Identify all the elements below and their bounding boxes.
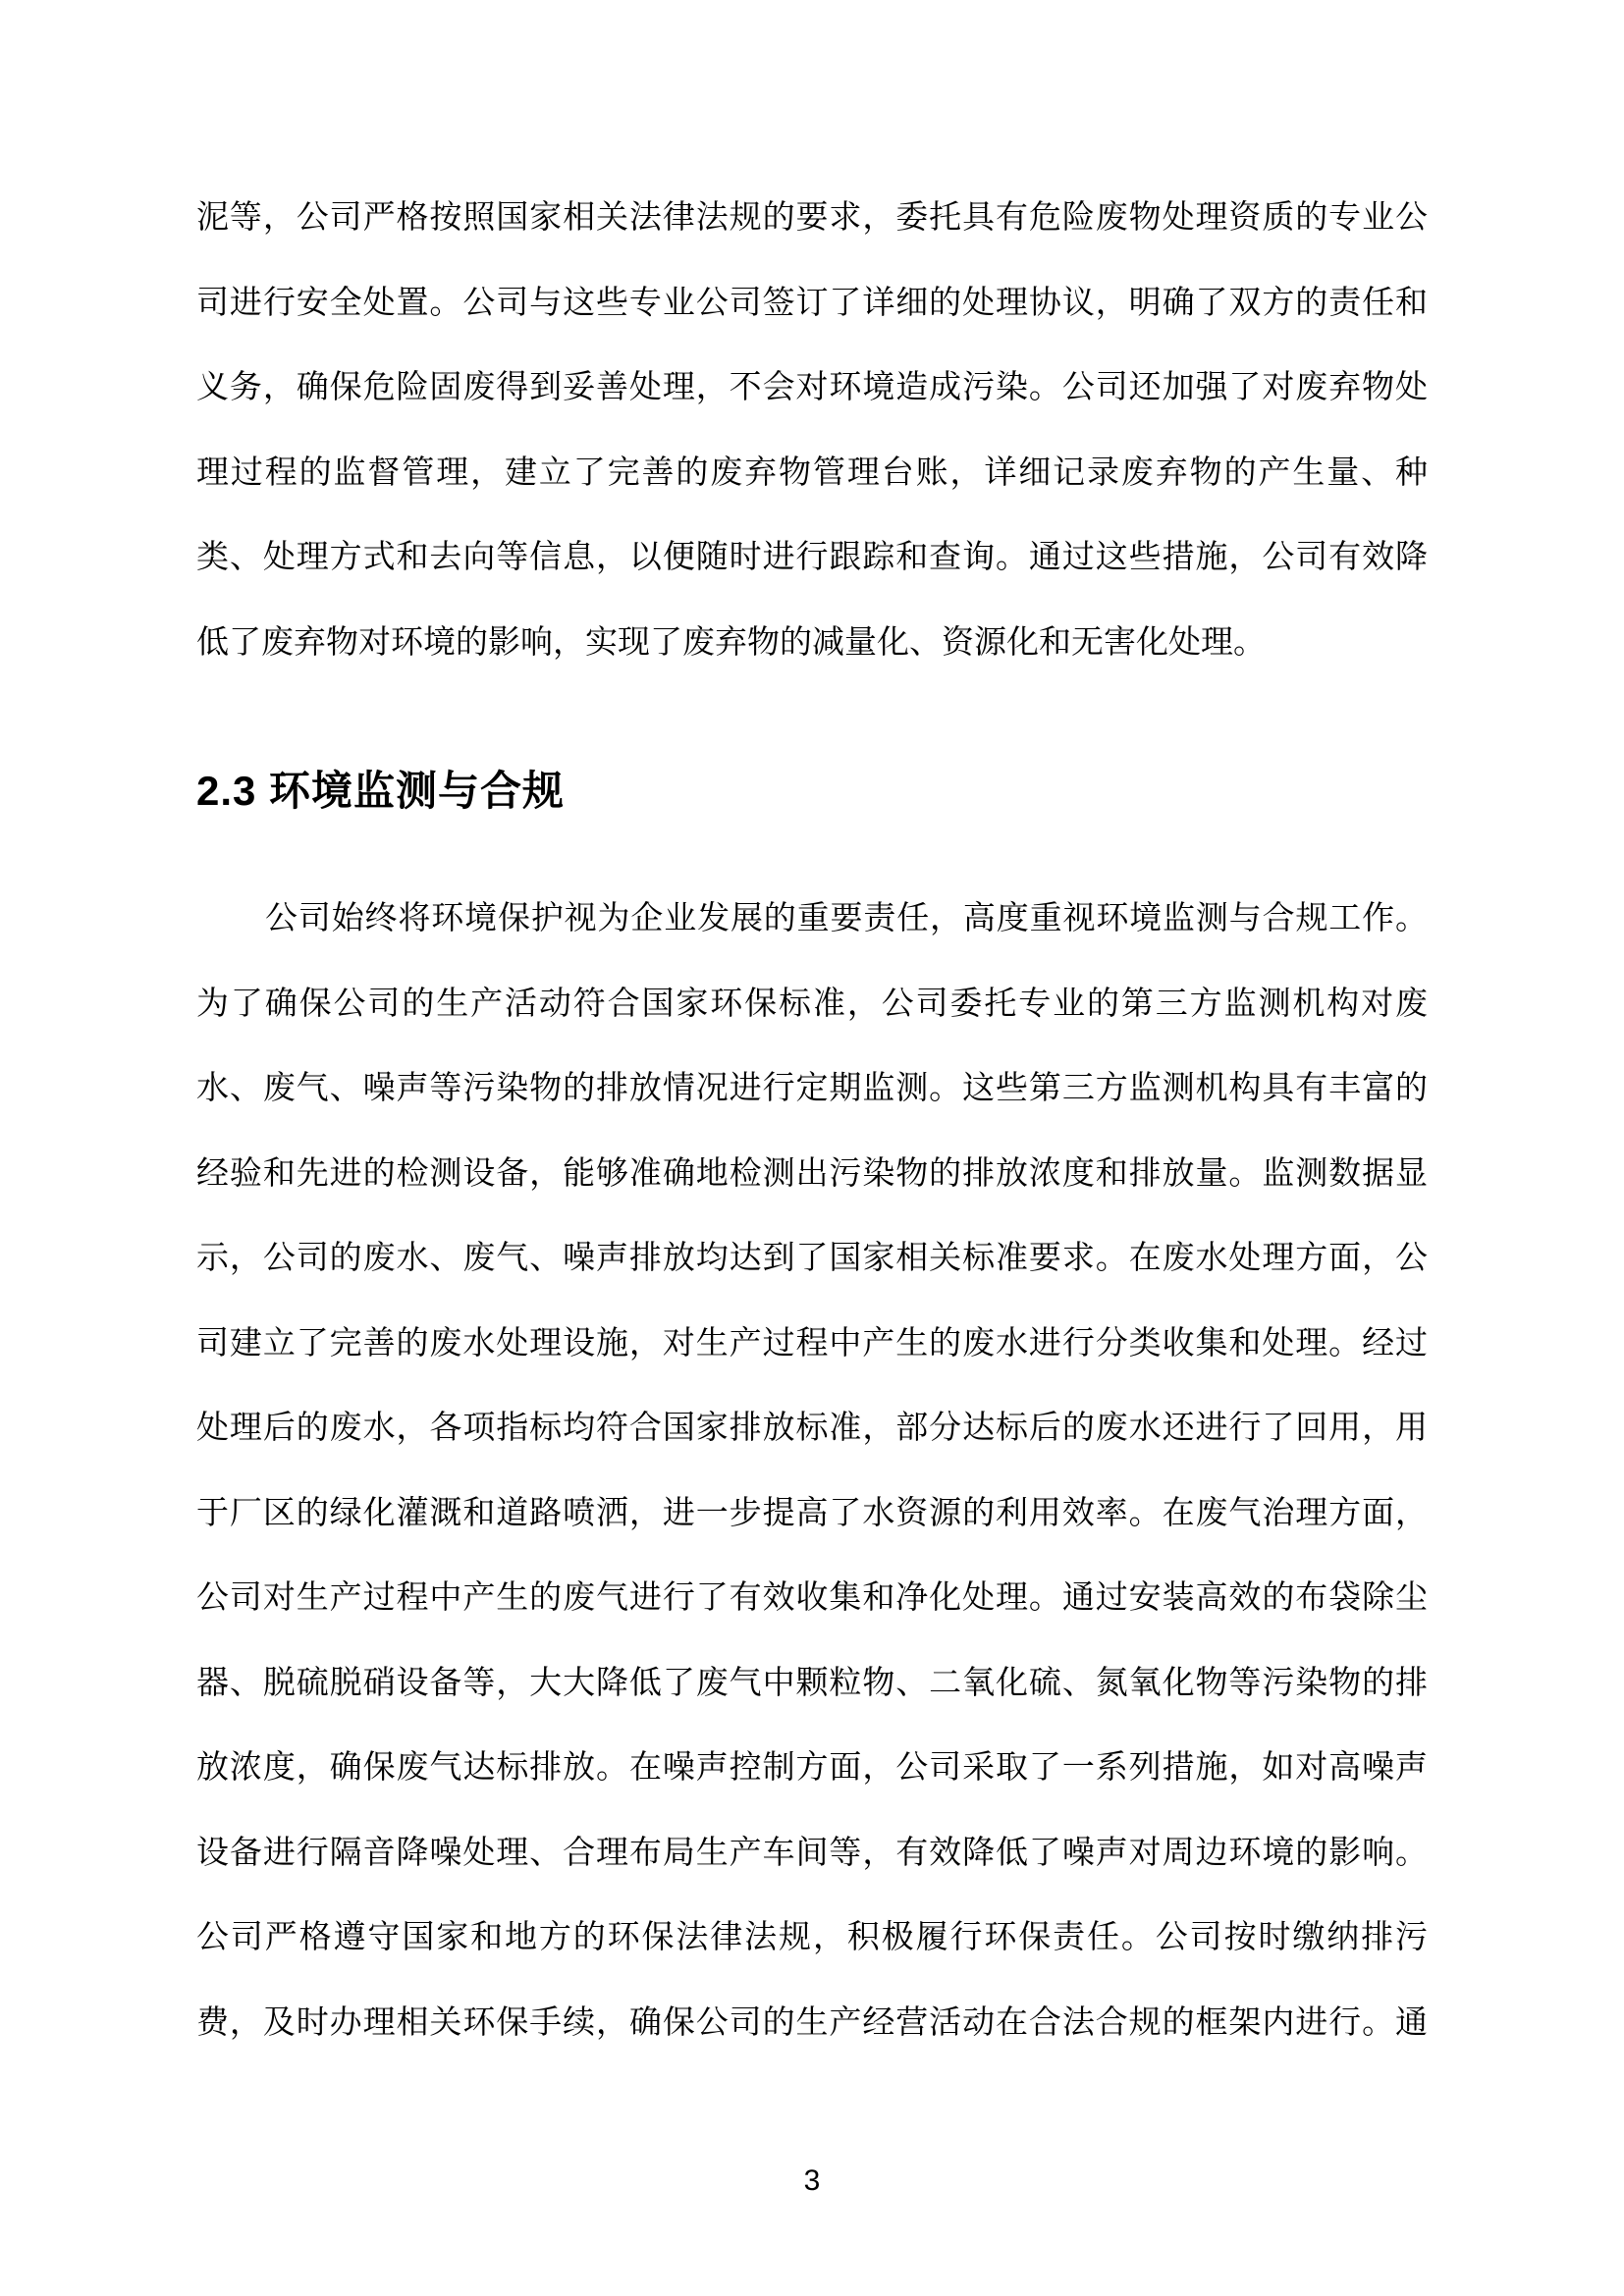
text-line: 公司对生产过程中产生的废气进行了有效收集和净化处理。通过安装高效的布袋除尘 [196, 1556, 1428, 1641]
text-line: 为了确保公司的生产活动符合国家环保标准，公司委托专业的第三方监测机构对废 [196, 962, 1428, 1047]
text-line: 义务，确保危险固废得到妥善处理，不会对环境造成污染。公司还加强了对废弃物处 [196, 346, 1428, 431]
text-line: 器、脱硫脱硝设备等，大大降低了废气中颗粒物、二氧化硫、氮氧化物等污染物的排 [196, 1641, 1428, 1727]
document-page: 泥等，公司严格按照国家相关法律法规的要求，委托具有危险废物处理资质的专业公 司进… [0, 0, 1624, 2296]
text-line: 费，及时办理相关环保手续，确保公司的生产经营活动在合法合规的框架内进行。通 [196, 1981, 1428, 2066]
paragraph-waste-disposal: 泥等，公司严格按照国家相关法律法规的要求，委托具有危险废物处理资质的专业公 司进… [196, 176, 1428, 685]
text-line: 放浓度，确保废气达标排放。在噪声控制方面，公司采取了一系列措施，如对高噪声 [196, 1726, 1428, 1811]
text-line: 水、废气、噪声等污染物的排放情况进行定期监测。这些第三方监测机构具有丰富的 [196, 1046, 1428, 1132]
text-line: 公司严格遵守国家和地方的环保法律法规，积极履行环保责任。公司按时缴纳排污 [196, 1896, 1428, 1981]
section-heading: 2.3 环境监测与合规 [196, 769, 565, 814]
text-line: 公司始终将环境保护视为企业发展的重要责任，高度重视环境监测与合规工作。 [196, 877, 1428, 962]
text-line: 示，公司的废水、废气、噪声排放均达到了国家相关标准要求。在废水处理方面，公 [196, 1216, 1428, 1302]
text-line: 司建立了完善的废水处理设施，对生产过程中产生的废水进行分类收集和处理。经过 [196, 1302, 1428, 1387]
text-line: 理过程的监督管理，建立了完善的废弃物管理台账，详细记录废弃物的产生量、种 [196, 431, 1428, 516]
text-line: 低了废弃物对环境的影响，实现了废弃物的减量化、资源化和无害化处理。 [196, 601, 1428, 686]
text-line: 设备进行隔音降噪处理、合理布局生产车间等，有效降低了噪声对周边环境的影响。 [196, 1811, 1428, 1896]
text-line: 于厂区的绿化灌溉和道路喷洒，进一步提高了水资源的利用效率。在废气治理方面， [196, 1471, 1428, 1557]
text-line: 司进行安全处置。公司与这些专业公司签订了详细的处理协议，明确了双方的责任和 [196, 261, 1428, 347]
text-line: 类、处理方式和去向等信息，以便随时进行跟踪和查询。通过这些措施，公司有效降 [196, 515, 1428, 601]
text-line: 处理后的废水，各项指标均符合国家排放标准，部分达标后的废水还进行了回用，用 [196, 1386, 1428, 1471]
paragraph-environment-monitoring: 公司始终将环境保护视为企业发展的重要责任，高度重视环境监测与合规工作。 为了确保… [196, 877, 1428, 2065]
page-number: 3 [0, 2166, 1624, 2196]
text-line: 经验和先进的检测设备，能够准确地检测出污染物的排放浓度和排放量。监测数据显 [196, 1132, 1428, 1217]
text-line: 泥等，公司严格按照国家相关法律法规的要求，委托具有危险废物处理资质的专业公 [196, 176, 1428, 261]
